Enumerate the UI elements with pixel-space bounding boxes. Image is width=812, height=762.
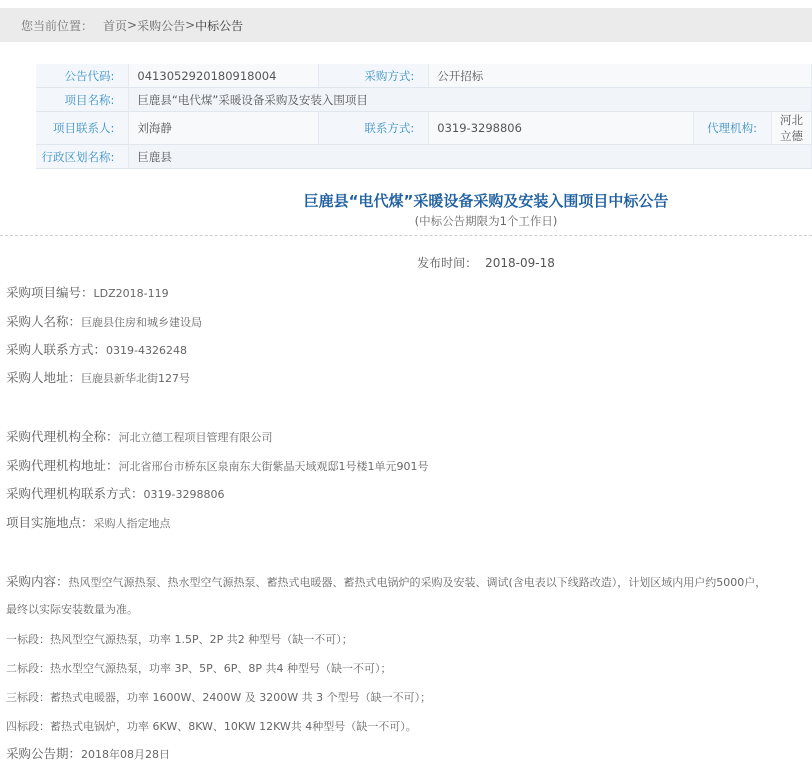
agency-contact-value: 0319-3298806 bbox=[144, 488, 225, 501]
buyer-name-value: 巨鹿县住房和城乡建设局 bbox=[81, 316, 202, 329]
publish-time-label: 发布时间： bbox=[417, 256, 477, 270]
agency-contact-line: 采购代理机构联系方式：0319-3298806 bbox=[6, 484, 224, 502]
content-line: 采购内容：热风型空气源热泵、热水型空气源热泵、蓄热式电暖器、蓄热式电锅炉的采购及… bbox=[6, 572, 766, 590]
info-row-project-name: 项目名称: 巨鹿县“电代煤”采暖设备采购及安装入围项目 bbox=[36, 88, 812, 112]
announce-period-label: 采购公告期： bbox=[6, 746, 81, 761]
agency-value: 河北立德 bbox=[771, 112, 811, 145]
agency-name-value: 河北立德工程项目管理有限公司 bbox=[119, 431, 273, 444]
lot-1: 一标段：热风型空气源热泵，功率 1.5P、2P 共2 种型号（缺一不可）； bbox=[6, 631, 353, 647]
buyer-address-label: 采购人地址： bbox=[6, 370, 81, 385]
agency-label: 代理机构: bbox=[694, 112, 772, 145]
agency-name-label: 采购代理机构全称： bbox=[6, 429, 119, 444]
info-row-code: 公告代码: 0413052920180918004 采购方式: 公开招标 bbox=[36, 64, 812, 88]
procurement-method-label: 采购方式: bbox=[319, 64, 429, 88]
project-contact-value: 刘海静 bbox=[129, 112, 319, 145]
project-no-label: 采购项目编号： bbox=[6, 285, 94, 300]
breadcrumb-label: 您当前位置： bbox=[21, 17, 93, 34]
project-no-value: LDZ2018-119 bbox=[94, 287, 169, 300]
contact-phone-value: 0319-3298806 bbox=[429, 112, 694, 145]
breadcrumb-separator: > bbox=[127, 18, 137, 32]
breadcrumb-separator: > bbox=[185, 18, 195, 32]
announcement-code-label: 公告代码: bbox=[36, 64, 129, 88]
info-row-contact: 项目联系人: 刘海静 联系方式: 0319-3298806 代理机构: 河北立德 bbox=[36, 112, 812, 145]
breadcrumb-procurement-link[interactable]: 采购公告 bbox=[137, 17, 185, 34]
publish-time: 发布时间：2018-09-18 bbox=[0, 254, 812, 271]
agency-contact-label: 采购代理机构联系方式： bbox=[6, 486, 144, 501]
agency-address-value: 河北省邢台市桥东区泉南东大街紫晶天域观邸1号楼1单元901号 bbox=[119, 460, 429, 473]
contact-phone-label: 联系方式: bbox=[319, 112, 429, 145]
notice-title: 巨鹿县“电代煤”采暖设备采购及安装入围项目中标公告 bbox=[0, 190, 812, 211]
breadcrumb-current: 中标公告 bbox=[195, 17, 243, 34]
notice-subtitle: (中标公告期限为1个工作日) bbox=[0, 213, 812, 229]
buyer-name-label: 采购人名称： bbox=[6, 314, 81, 329]
buyer-contact-line: 采购人联系方式：0319-4326248 bbox=[6, 340, 187, 358]
buyer-address-line: 采购人地址：巨鹿县新华北街127号 bbox=[6, 368, 190, 386]
region-label: 行政区划名称: bbox=[36, 145, 129, 169]
project-name-value: 巨鹿县“电代煤”采暖设备采购及安装入围项目 bbox=[129, 88, 812, 112]
lot-3: 三标段：蓄热式电暖器，功率 1600W、2400W 及 3200W 共 3 个型… bbox=[6, 689, 431, 705]
procurement-method-value: 公开招标 bbox=[429, 64, 812, 88]
publish-time-value: 2018-09-18 bbox=[485, 256, 555, 270]
divider bbox=[0, 235, 812, 236]
info-row-region: 行政区划名称: 巨鹿县 bbox=[36, 145, 812, 169]
location-label: 项目实施地点： bbox=[6, 515, 94, 530]
location-line: 项目实施地点：采购人指定地点 bbox=[6, 513, 171, 531]
project-contact-label: 项目联系人: bbox=[36, 112, 129, 145]
agency-address-label: 采购代理机构地址： bbox=[6, 458, 119, 473]
breadcrumb-home-link[interactable]: 首页 bbox=[103, 17, 127, 34]
buyer-contact-label: 采购人联系方式： bbox=[6, 342, 106, 357]
buyer-address-value: 巨鹿县新华北街127号 bbox=[81, 372, 190, 385]
announcement-code-value: 0413052920180918004 bbox=[129, 64, 319, 88]
announce-period-value: 2018年08月28日 bbox=[81, 748, 170, 761]
lot-2: 二标段：热水型空气源热泵，功率 3P、5P、6P、8P 共4 种型号（缺一不可）… bbox=[6, 660, 392, 676]
agency-name-line: 采购代理机构全称：河北立德工程项目管理有限公司 bbox=[6, 427, 273, 445]
project-no-line: 采购项目编号：LDZ2018-119 bbox=[6, 283, 169, 301]
lot-4: 四标段：蓄热式电锅炉，功率 6KW、8KW、10KW 12KW共 4种型号（缺一… bbox=[6, 718, 417, 734]
project-name-label: 项目名称: bbox=[36, 88, 129, 112]
announce-period-line: 采购公告期：2018年08月28日 bbox=[6, 744, 170, 762]
agency-address-line: 采购代理机构地址：河北省邢台市桥东区泉南东大街紫晶天域观邸1号楼1单元901号 bbox=[6, 456, 429, 474]
content-label: 采购内容： bbox=[6, 574, 69, 589]
content-continued: 最终以实际安装数量为准。 bbox=[6, 601, 138, 617]
buyer-name-line: 采购人名称：巨鹿县住房和城乡建设局 bbox=[6, 312, 202, 330]
location-value: 采购人指定地点 bbox=[94, 517, 171, 530]
region-value: 巨鹿县 bbox=[129, 145, 812, 169]
breadcrumb: 您当前位置： 首页 > 采购公告 > 中标公告 bbox=[0, 8, 812, 42]
buyer-contact-value: 0319-4326248 bbox=[106, 344, 187, 357]
project-info-table: 公告代码: 0413052920180918004 采购方式: 公开招标 项目名… bbox=[36, 64, 812, 169]
content-value: 热风型空气源热泵、热水型空气源热泵、蓄热式电暖器、蓄热式电锅炉的采购及安装、调试… bbox=[69, 576, 767, 589]
